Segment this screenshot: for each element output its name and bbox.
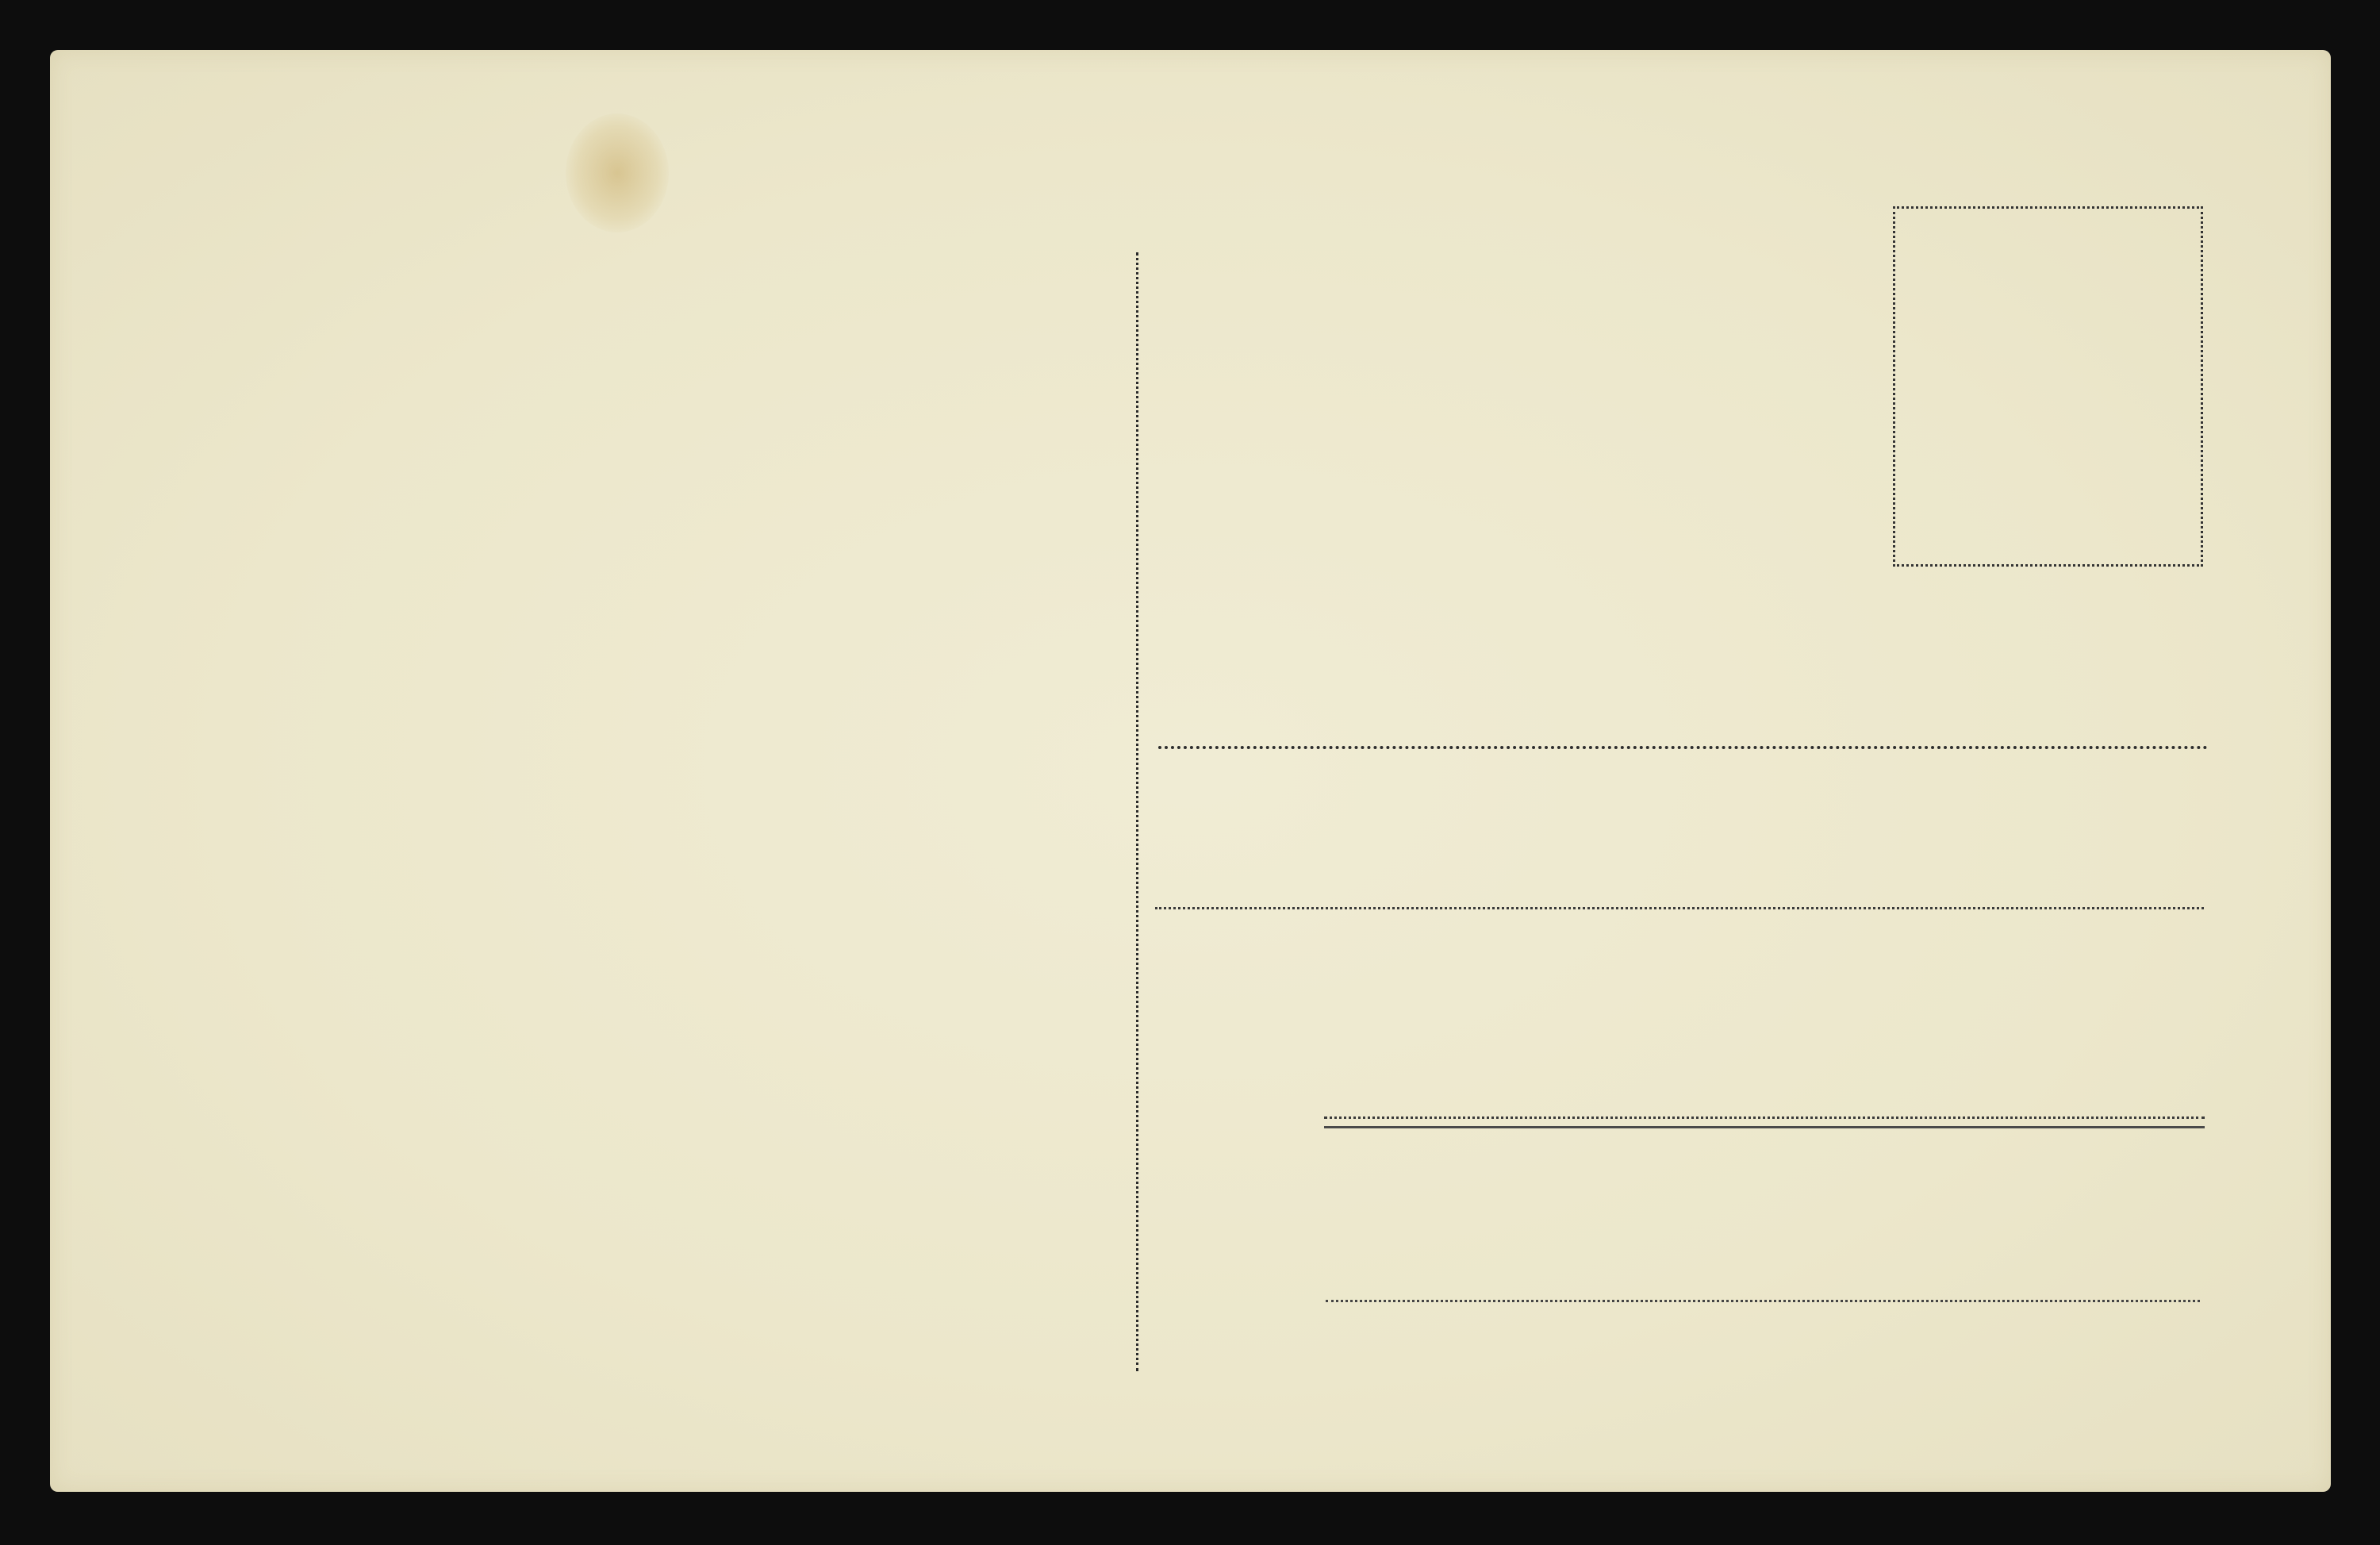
address-line-1 — [1158, 746, 2208, 749]
address-line-4 — [1326, 1300, 2200, 1302]
paper-stain — [566, 113, 669, 233]
postcard-back — [50, 50, 2331, 1492]
address-line-3-lower — [1324, 1126, 2205, 1128]
address-line-2 — [1155, 907, 2204, 909]
message-address-divider — [1136, 252, 1138, 1371]
address-line-3-upper — [1324, 1116, 2205, 1119]
stamp-box — [1893, 206, 2203, 567]
